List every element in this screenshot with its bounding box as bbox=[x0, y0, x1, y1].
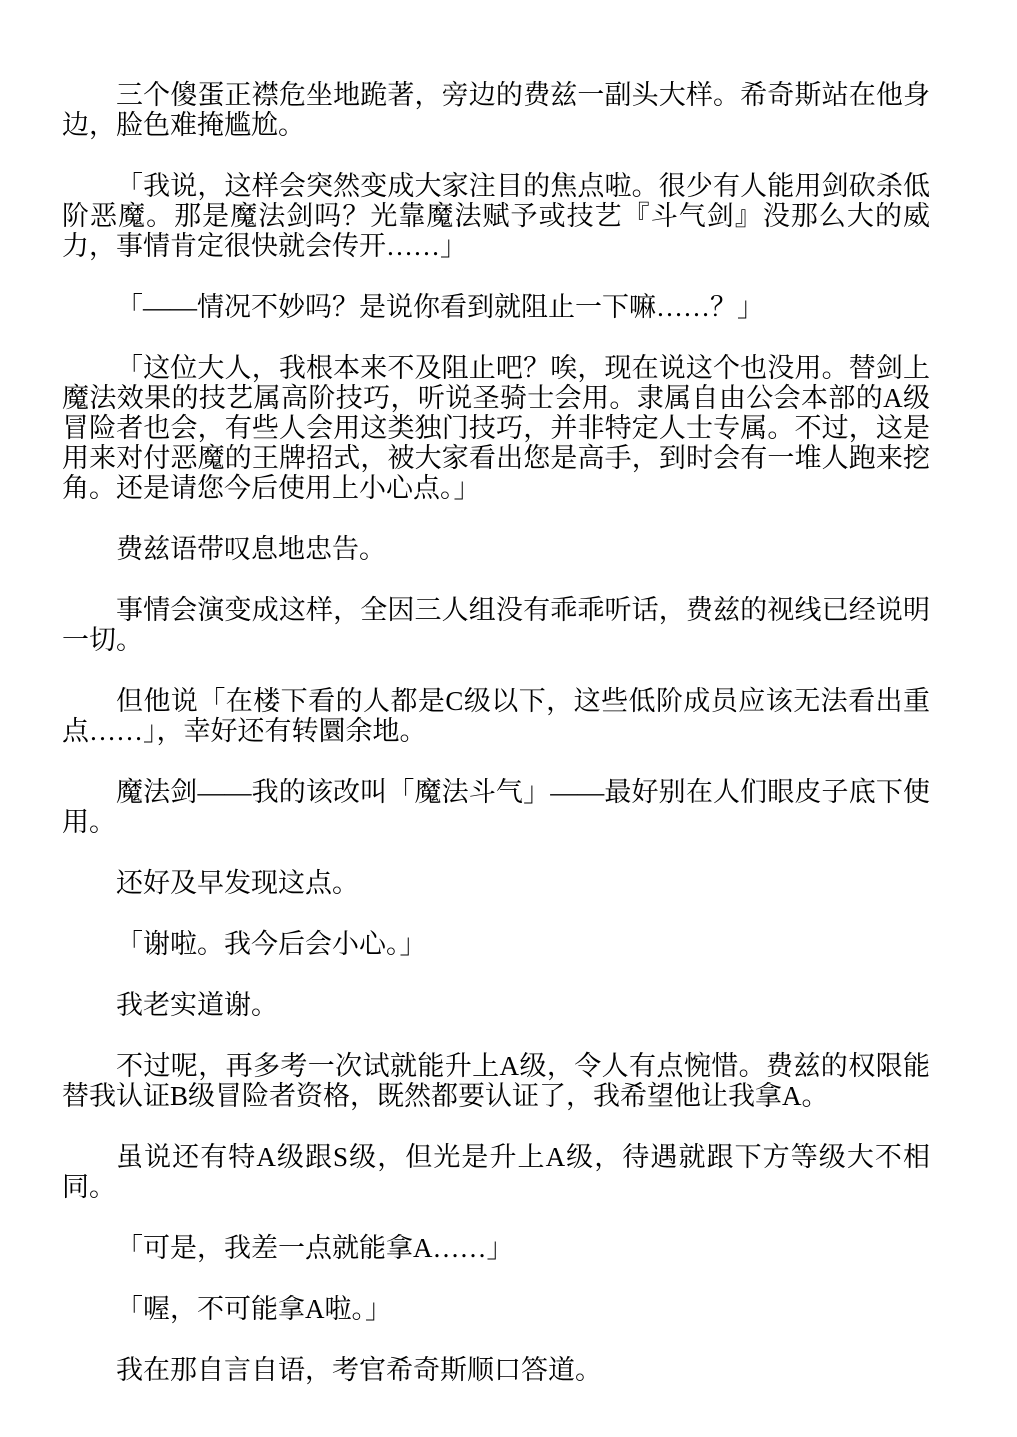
paragraph: 不过呢，再多考一次试就能升上A级，令人有点惋惜。费兹的权限能替我认证B级冒险者资… bbox=[62, 1051, 930, 1111]
paragraph: 魔法剑——我的该改叫「魔法斗气」——最好别在人们眼皮子底下使用。 bbox=[62, 777, 930, 837]
paragraph: 我在那自言自语，考官希奇斯顺口答道。 bbox=[62, 1355, 930, 1385]
paragraph: 但他说「在楼下看的人都是C级以下，这些低阶成员应该无法看出重点……」，幸好还有转… bbox=[62, 686, 930, 746]
paragraph: 费兹语带叹息地忠告。 bbox=[62, 534, 930, 564]
paragraph: 事情会演变成这样，全因三人组没有乖乖听话，费兹的视线已经说明一切。 bbox=[62, 595, 930, 655]
paragraph-list: 三个傻蛋正襟危坐地跪著，旁边的费兹一副头大样。希奇斯站在他身边，脸色难掩尴尬。 … bbox=[62, 80, 930, 1385]
paragraph: 「我说，这样会突然变成大家注目的焦点啦。很少有人能用剑砍杀低阶恶魔。那是魔法剑吗… bbox=[62, 171, 930, 261]
paragraph: 「谢啦。我今后会小心。」 bbox=[62, 929, 930, 959]
paragraph: 「——情况不妙吗？是说你看到就阻止一下嘛……？」 bbox=[62, 292, 930, 322]
novel-page: 三个傻蛋正襟危坐地跪著，旁边的费兹一副头大样。希奇斯站在他身边，脸色难掩尴尬。 … bbox=[0, 0, 1017, 1437]
paragraph: 「这位大人，我根本来不及阻止吧？唉，现在说这个也没用。替剑上魔法效果的技艺属高阶… bbox=[62, 353, 930, 503]
paragraph: 虽说还有特A级跟S级，但光是升上A级，待遇就跟下方等级大不相同。 bbox=[62, 1142, 930, 1202]
paragraph: 三个傻蛋正襟危坐地跪著，旁边的费兹一副头大样。希奇斯站在他身边，脸色难掩尴尬。 bbox=[62, 80, 930, 140]
paragraph: 「可是，我差一点就能拿A……」 bbox=[62, 1233, 930, 1263]
paragraph: 「喔，不可能拿A啦。」 bbox=[62, 1294, 930, 1324]
paragraph: 还好及早发现这点。 bbox=[62, 868, 930, 898]
paragraph: 我老实道谢。 bbox=[62, 990, 930, 1020]
